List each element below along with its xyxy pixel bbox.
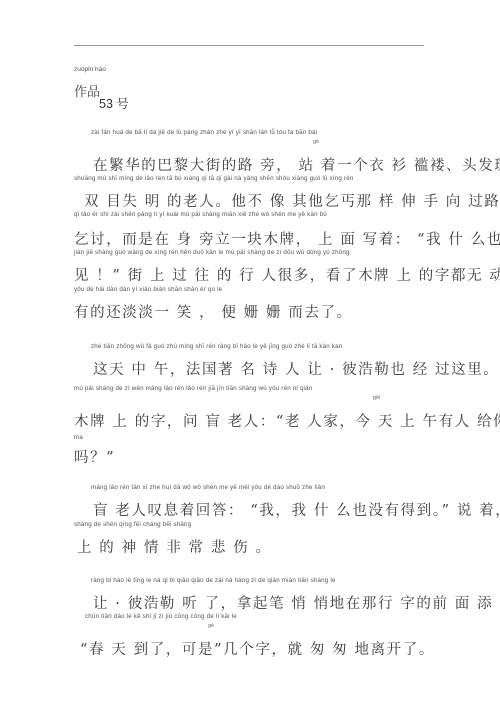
pinyin-line: yǒu de hái dàn dàn yí xiào biàn shān shā… (74, 286, 222, 293)
text-line: 有的还淡淡一 笑 ， 便 姗 姗 而去了。 (74, 301, 353, 322)
pinyin-line: máng lǎo rén tàn xī zhe huí dá wǒ wǒ shé… (91, 484, 325, 491)
pinyin-line: shuāng mù shī míng de lǎo rén tā bú xiàn… (74, 175, 354, 182)
text-line: “春 天 到了，可是”几个字，就 匆 匆 地离开了。 (80, 638, 435, 659)
pinyin-line: zhè tiān zhōng wǔ fǎ guó zhù míng shī ré… (91, 343, 342, 350)
pinyin-line: zài fán huá de bā lí dà jiē de lù páng z… (91, 129, 317, 136)
piece-number: 53 号 (99, 94, 129, 112)
text-line: 在繁华的巴黎大街的路 旁， 站 着一个衣 衫 褴褛、头发斑白、 (93, 154, 500, 175)
pinyin-line: chūn tiān dào le kě shì jǐ zì jiù cōng c… (85, 613, 237, 620)
text-line: 上 的 神 情 非 常 悲 伤 。 (77, 536, 272, 557)
pinyin-sub: gěi (373, 395, 380, 401)
title: 作品 (74, 81, 100, 100)
text-line: 让 · 彼浩勒 听 了，拿起笔 悄 悄地在那行 字的前 面 添 上 了 (93, 592, 500, 613)
text-line: 见 ！” 街 上 过 往 的 行 人很多，看了木牌 上 的字都无 动 于 衷 ， (74, 264, 500, 285)
pinyin-line: qǐ tǎo ér shì zài shēn páng lì yí kuài m… (74, 211, 327, 218)
pinyin-line: shàng de shén qíng fēi cháng bēi shāng (74, 521, 191, 528)
pinyin-sub: gè (313, 139, 319, 145)
text-line: 吗？” (74, 446, 115, 467)
pinyin-line: mù pái shàng de zì wèn máng lǎo rén lǎo … (74, 385, 312, 392)
pinyin-line: ma (74, 434, 83, 441)
text-line: 盲 老人叹息着回答： “我，我 什 么也没有得到。” 说 着， 脸 (93, 499, 500, 520)
text-line: 木牌 上 的字，问 盲 老人：“老 人家，今 天 上 午有人 给你 钱 (74, 410, 500, 431)
text-line: 双 目失 明 的老人。他不 像 其他乞丐那 样 伸 手 向 过路行 人 (84, 190, 500, 211)
pinyin-line: jiàn jiē shàng guò wǎng de xíng rén hěn … (74, 249, 350, 256)
pinyin-line: ràng bǐ hào lè tīng le ná qǐ bǐ qiāo qiā… (91, 577, 336, 584)
header-rule (74, 45, 424, 46)
text-line: 这天 中 午，法国著 名 诗 人 让 · 彼浩勒也 经 过这里。他看 看 (93, 358, 500, 379)
title-pinyin: zuòpǐn hào (74, 66, 106, 73)
pinyin-sub: gè (208, 623, 214, 629)
text-line: 乞讨，而是在 身 旁立一块木牌， 上 面 写着： “我 什 么也看不 (74, 228, 500, 249)
